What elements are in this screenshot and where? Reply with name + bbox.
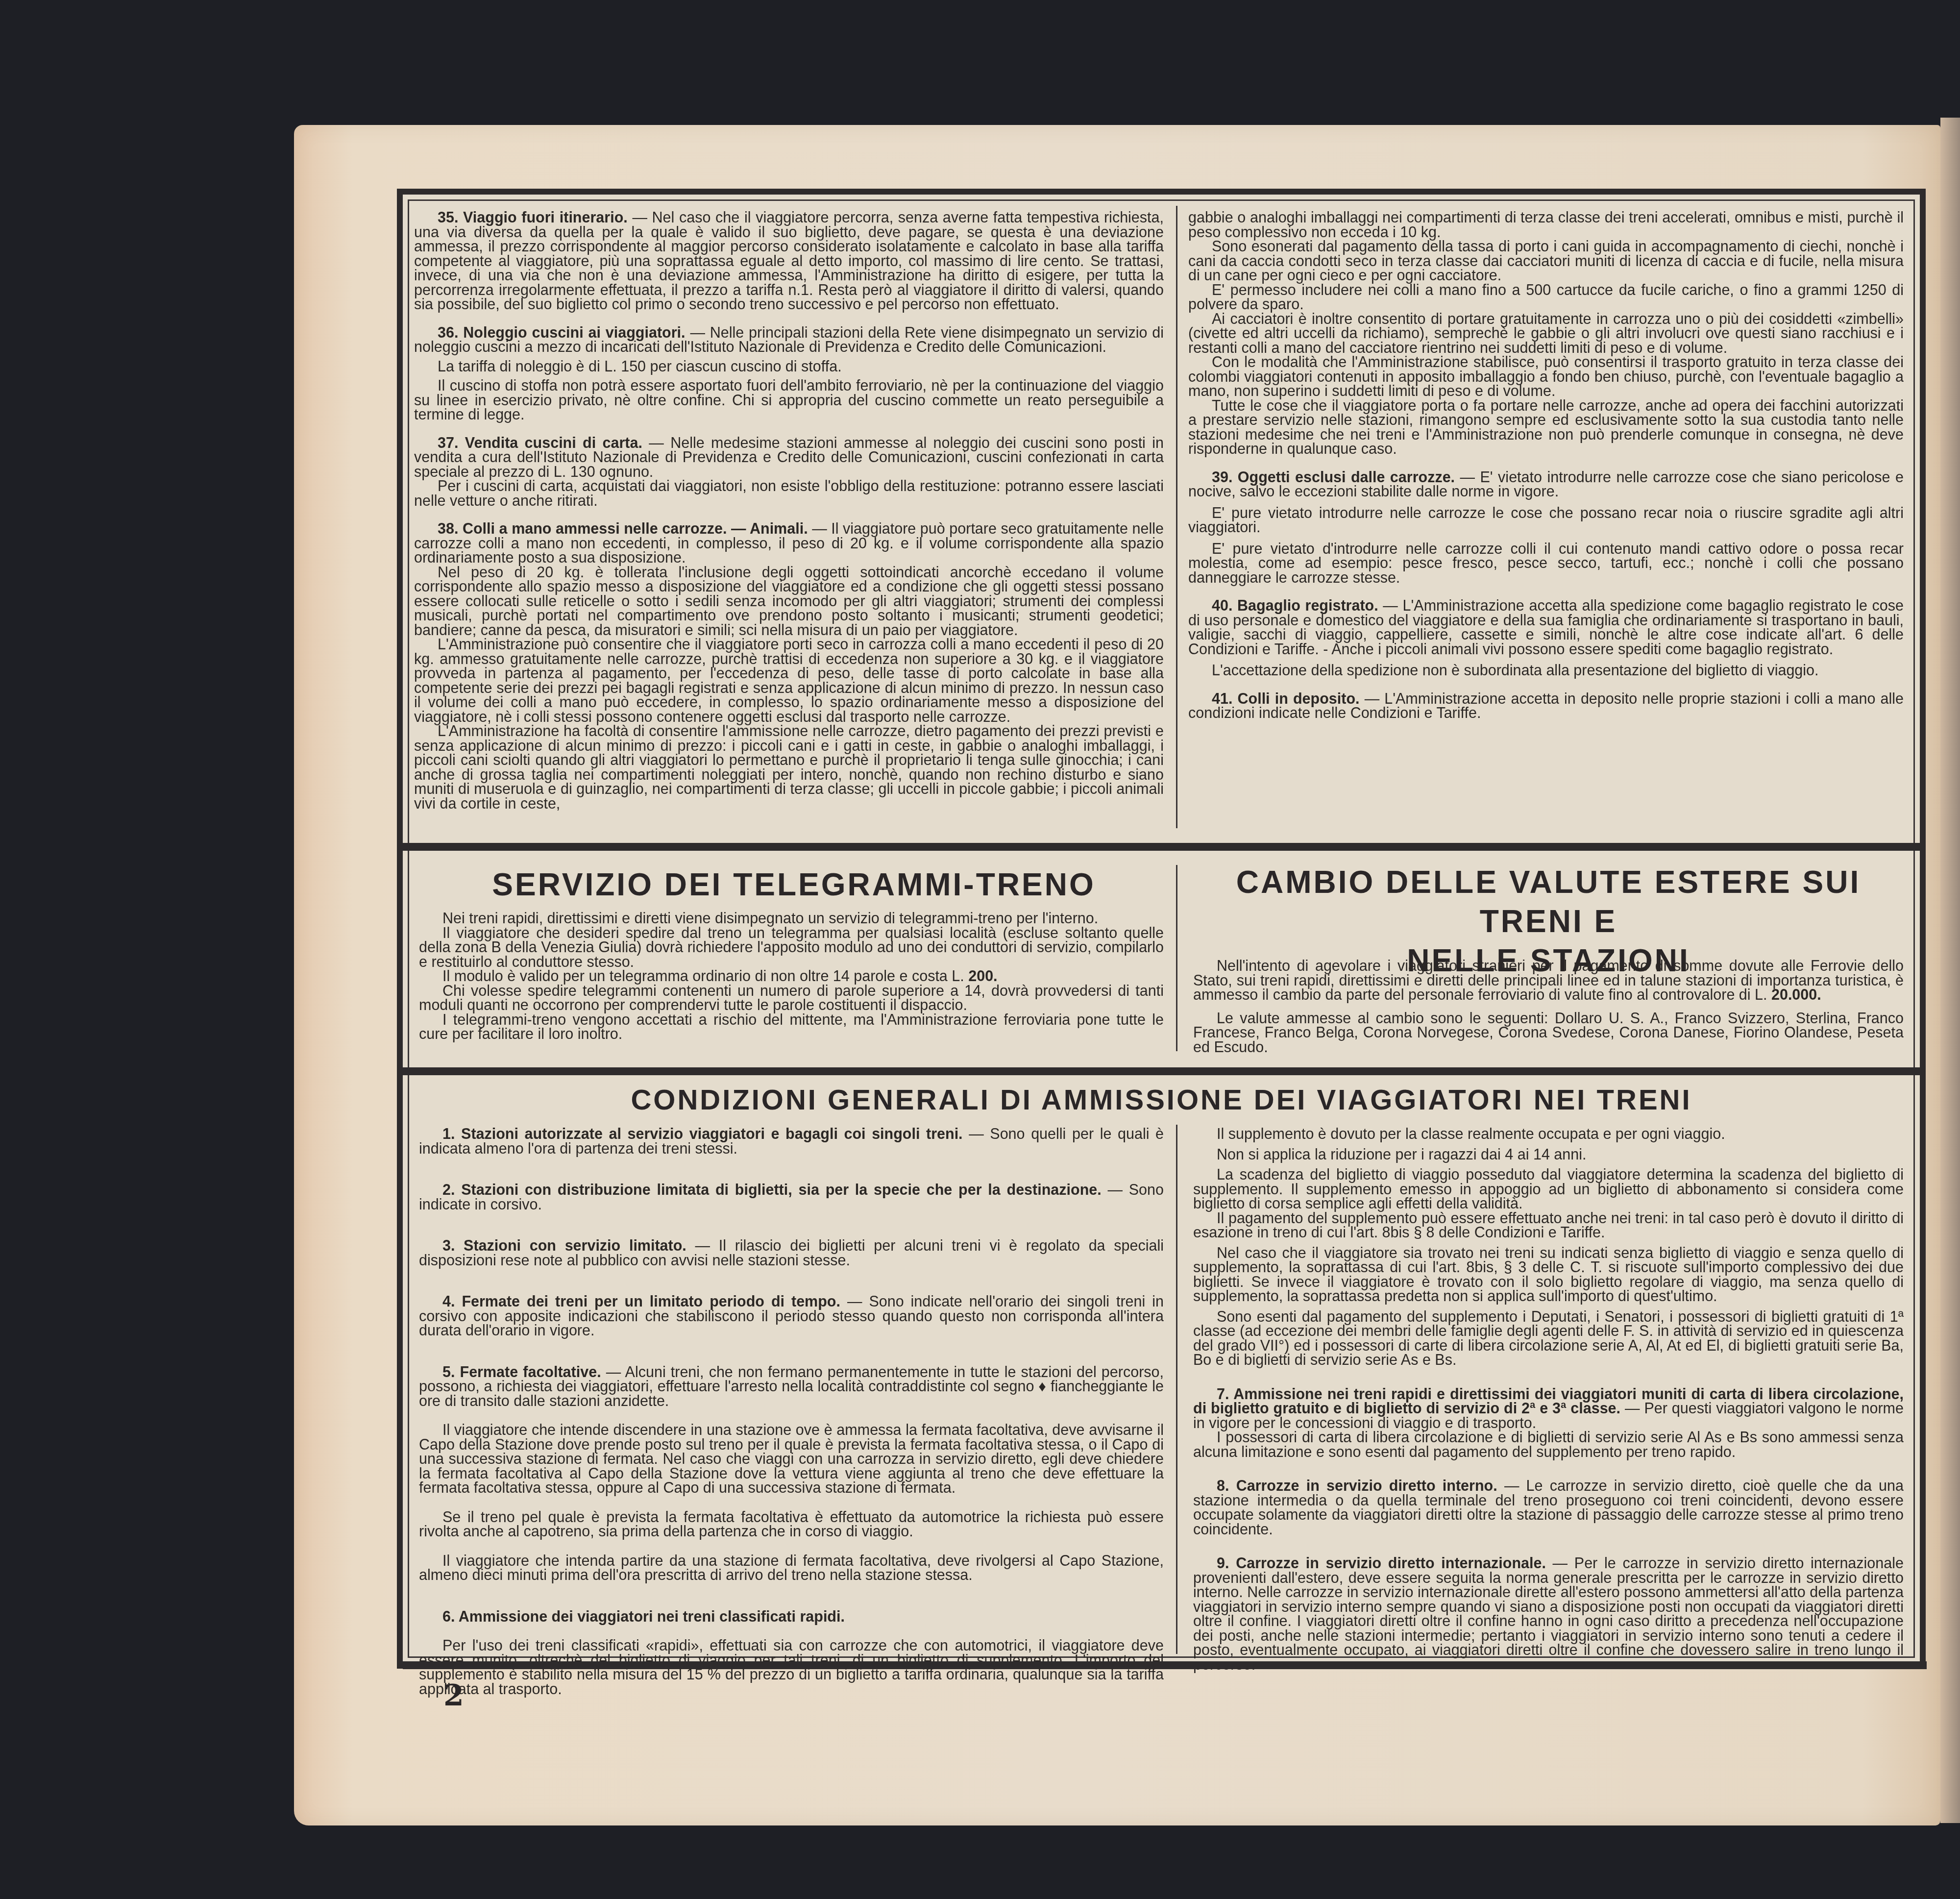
telegrammi-p5: I telegrammi-treno vengono accettati a r…: [419, 1013, 1164, 1042]
article-40-p2: L'accettazione della spedizione non è su…: [1188, 664, 1904, 678]
condizioni-art-5-p3: Se il treno pel quale è prevista la ferm…: [419, 1510, 1164, 1539]
article-38-p3: L'Amministrazione può consentire che il …: [414, 638, 1164, 724]
telegrammi-p4: Chi volesse spedire telegrammi contenent…: [419, 984, 1164, 1013]
art-6-cont-p5: Nel caso che il viaggiatore sia trovato …: [1193, 1246, 1904, 1304]
art-6-cont-p2: Non si applica la riduzione per i ragazz…: [1193, 1148, 1904, 1162]
divider-bottom: [403, 1661, 1927, 1669]
condizioni-art-5-p4: Il viaggiatore che intenda partire da un…: [419, 1554, 1164, 1583]
article-38-cont-p5: Con le modalità che l'Amministrazione st…: [1188, 355, 1904, 399]
condizioni-art-9: 9. Carrozze in servizio diretto internaz…: [1193, 1556, 1904, 1672]
article-38-p2: Nel peso di 20 kg. è tollerata l'inclusi…: [414, 566, 1164, 638]
middle-column-divider: [1176, 865, 1177, 1051]
article-35: 35. Viaggio fuori itinerario. — Nel caso…: [414, 211, 1164, 312]
condizioni-art-9-text: — Per le carrozze in servizio diretto in…: [1193, 1555, 1904, 1673]
condizioni-art-8: 8. Carrozze in servizio diretto interno.…: [1193, 1479, 1904, 1537]
art-6-cont-p4: Il pagamento del supplemento può essere …: [1193, 1211, 1904, 1240]
cambio-heading-line1: CAMBIO DELLE VALUTE ESTERE SUI TRENI E: [1188, 863, 1909, 941]
middle-section: SERVIZIO DEI TELEGRAMMI-TRENO Nei treni …: [409, 855, 1913, 1061]
condizioni-art-7-p2: I possessori di carta di libera circolaz…: [1193, 1430, 1904, 1459]
condizioni-art-6-title: 6. Ammissione dei viaggiatori nei treni …: [442, 1608, 845, 1625]
condizioni-art-2: 2. Stazioni con distribuzione limitata d…: [419, 1183, 1164, 1212]
article-37: 37. Vendita cuscini di carta. — Nelle me…: [414, 436, 1164, 480]
condizioni-art-3: 3. Stazioni con servizio limitato. — Il …: [419, 1239, 1164, 1268]
art-6-cont-p3: La scadenza del biglietto di viaggio pos…: [1193, 1168, 1904, 1211]
condizioni-art-6: 6. Ammissione dei viaggiatori nei treni …: [419, 1610, 1164, 1625]
article-39-p2: E' pure vietato introdurre nelle carrozz…: [1188, 506, 1904, 535]
condizioni-art-5: 5. Fermate facoltative. — Alcuni treni, …: [419, 1365, 1164, 1409]
article-38-p4: L'Amministrazione ha facoltà di consenti…: [414, 724, 1164, 811]
article-36: 36. Noleggio cuscini ai viaggiatori. — N…: [414, 326, 1164, 355]
top-left-column: 35. Viaggio fuori itinerario. — Nel caso…: [414, 211, 1164, 811]
telegrammi-body: Nei treni rapidi, direttissimi e diretti…: [419, 912, 1164, 1042]
top-right-column: gabbie o analoghi imballaggi nei compart…: [1188, 211, 1904, 721]
telegrammi-p2: Il viaggiatore che desideri spedire dal …: [419, 926, 1164, 970]
telegrammi-p3-text: Il modulo è valido per un telegramma ord…: [442, 968, 964, 985]
page-number: 2: [443, 1678, 464, 1713]
article-38: 38. Colli a mano ammessi nelle carrozze.…: [414, 522, 1164, 566]
article-35-text: — Nel caso che il viaggiatore percorra, …: [414, 209, 1164, 313]
article-38-cont-p1: gabbie o analoghi imballaggi nei compart…: [1188, 211, 1904, 240]
article-36-rule: Il cuscino di stoffa non potrà essere as…: [414, 379, 1164, 422]
telegrammi-p1: Nei treni rapidi, direttissimi e diretti…: [419, 912, 1164, 926]
top-section: 35. Viaggio fuori itinerario. — Nel caso…: [409, 201, 1913, 840]
article-38-cont-p6: Tutte le cose che il viaggiatore porta o…: [1188, 399, 1904, 457]
art-6-cont-p1: Il supplemento è dovuto per la classe re…: [1193, 1127, 1904, 1142]
telegrammi-price: 200.: [968, 968, 997, 985]
divider-middle: [403, 1067, 1922, 1075]
condizioni-heading: CONDIZIONI GENERALI DI AMMISSIONE DEI VI…: [409, 1081, 1913, 1120]
article-37-note: Per i cuscini di carta, acquistati dai v…: [414, 479, 1164, 508]
article-38-cont-p2: Sono esonerati dal pagamento della tassa…: [1188, 240, 1904, 283]
article-36-tariff: La tariffa di noleggio è di L. 150 per c…: [414, 360, 1164, 374]
book-spine: [1940, 118, 1960, 1823]
cambio-body: Nell'intento di agevolare i viaggiatori …: [1193, 959, 1904, 1055]
bottom-section: CONDIZIONI GENERALI DI AMMISSIONE DEI VI…: [409, 1078, 1913, 1666]
divider-top: [403, 843, 1922, 851]
article-38-cont-p4: Ai cacciatori è inoltre consentito di po…: [1188, 312, 1904, 356]
cambio-p1: Nell'intento di agevolare i viaggiatori …: [1193, 959, 1904, 1003]
telegrammi-heading: SERVIZIO DEI TELEGRAMMI-TRENO: [409, 865, 1178, 904]
cambio-limit: 20.000.: [1771, 986, 1821, 1003]
condizioni-art-5-p2: Il viaggiatore che intende discendere in…: [419, 1423, 1164, 1496]
condizioni-right-column: Il supplemento è dovuto per la classe re…: [1193, 1127, 1904, 1672]
condizioni-art-4: 4. Fermate dei treni per un limitato per…: [419, 1295, 1164, 1338]
bottom-column-divider: [1176, 1125, 1177, 1654]
article-38-cont-p3: E' permesso includere nei colli a mano f…: [1188, 283, 1904, 312]
top-column-divider: [1176, 206, 1177, 828]
article-40: 40. Bagaglio registrato. — L'Amministraz…: [1188, 599, 1904, 657]
article-41: 41. Colli in deposito. — L'Amministrazio…: [1188, 692, 1904, 721]
condizioni-art-7: 7. Ammissione nei treni rapidi e diretti…: [1193, 1387, 1904, 1431]
article-39-p3: E' pure vietato d'introdurre nelle carro…: [1188, 542, 1904, 586]
telegrammi-p3: Il modulo è valido per un telegramma ord…: [419, 969, 1164, 984]
condizioni-left-column: 1. Stazioni autorizzate al servizio viag…: [419, 1127, 1164, 1697]
article-39: 39. Oggetti esclusi dalle carrozze. — E'…: [1188, 470, 1904, 499]
cambio-p2: Le valute ammesse al cambio sono le segu…: [1193, 1011, 1904, 1055]
art-6-cont-p6: Sono esenti dal pagamento del supplement…: [1193, 1310, 1904, 1368]
condizioni-art-1: 1. Stazioni autorizzate al servizio viag…: [419, 1127, 1164, 1156]
